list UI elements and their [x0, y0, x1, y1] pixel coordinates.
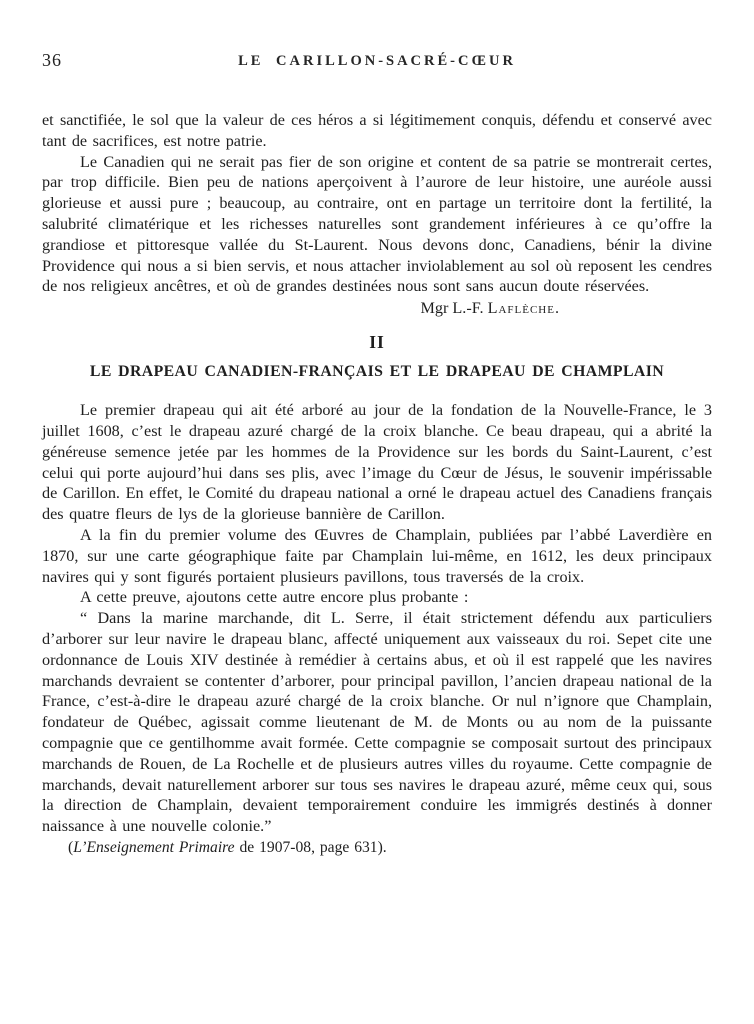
document-page: 36 LE CARILLON-SACRÉ-CŒUR et sanctifiée,… — [0, 0, 754, 1024]
running-title: LE CARILLON-SACRÉ-CŒUR — [42, 50, 712, 70]
paragraph-quote: “ Dans la marine marchande, dit L. Serre… — [42, 608, 712, 837]
citation-line: (L’Enseignement Primaire de 1907-08, pag… — [42, 837, 712, 858]
page-number: 36 — [42, 50, 62, 71]
signature-prefix: Mgr L.-F. — [421, 299, 488, 317]
section-title: LE DRAPEAU CANADIEN-FRANÇAIS ET LE DRAPE… — [42, 363, 712, 381]
signature-name: Laflèche. — [488, 299, 560, 317]
section-number: II — [42, 332, 712, 353]
page-header: 36 LE CARILLON-SACRÉ-CŒUR — [42, 50, 712, 72]
signature-line: Mgr L.-F. Laflèche. — [42, 298, 712, 319]
paragraph: A la fin du premier volume des Œuvres de… — [42, 525, 712, 587]
paragraph: A cette preuve, ajoutons cette autre enc… — [42, 587, 712, 608]
citation-journal-title: L’Enseignement Primaire — [73, 839, 234, 856]
paragraph: Le Canadien qui ne serait pas fier de so… — [42, 152, 712, 298]
paragraph: Le premier drapeau qui ait été arboré au… — [42, 400, 712, 525]
page-body: et sanctifiée, le sol que la valeur de c… — [42, 110, 712, 858]
paragraph-continuation: et sanctifiée, le sol que la valeur de c… — [42, 110, 712, 152]
citation-detail: de 1907-08, page 631). — [235, 839, 387, 856]
